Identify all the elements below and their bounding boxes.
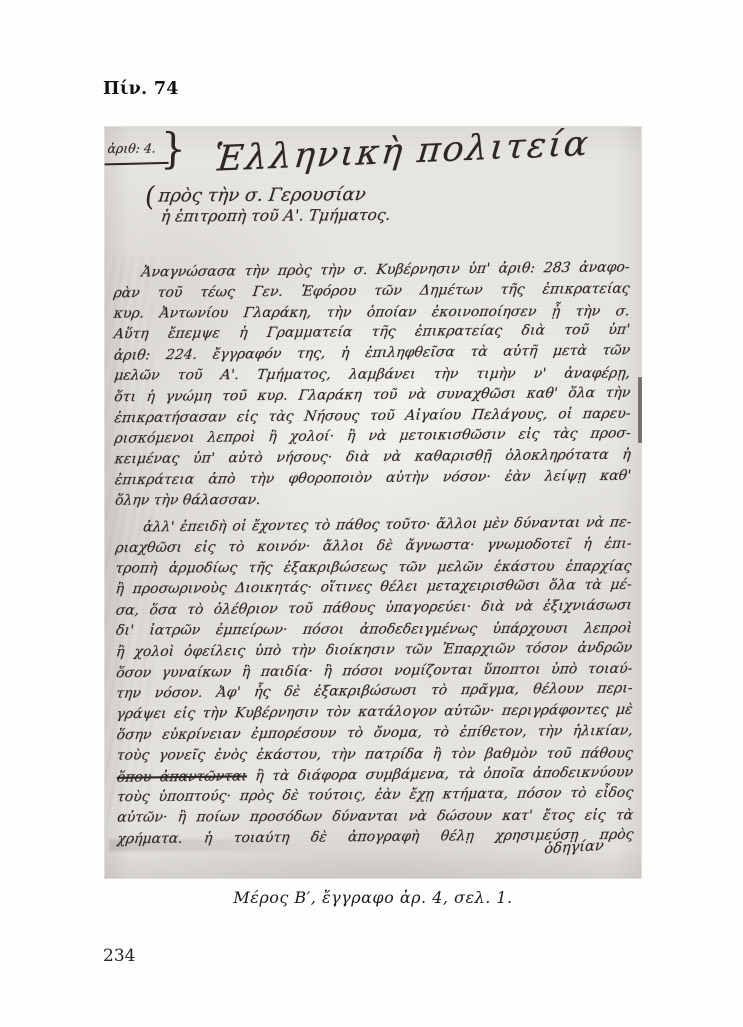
manuscript-content: ἀριθ: 4. } Ἑλληνικὴ πολιτεία (πρὸς τὴν σ…	[102, 125, 643, 880]
addressee-text: πρὸς τὴν σ. Γερουσίαν	[157, 184, 367, 206]
manuscript-sender: ἡ ἐπιτροπὴ τοῦ Α'. Τμήματος.	[160, 206, 392, 226]
manuscript-paragraph-2: ἀλλ' ἐπειδὴ οἱ ἔχοντες τὸ πάθος τοῦτο· ἄ…	[115, 513, 633, 849]
photo-caption: Μέρος Β′, ἔγγραφο ἀρ. 4, σελ. 1.	[105, 888, 641, 907]
manuscript-line: ἐπικράτεια ἀπὸ τὴν φθοροποιὸν αὐτὴν νόσο…	[114, 466, 632, 491]
struck-word: ὅπου ἀπαντῶνται	[116, 768, 248, 785]
plate-label: Πίν. 74	[103, 79, 179, 99]
page-number: 234	[103, 946, 135, 966]
manuscript-line: ὅσην εὐκρίνειαν ἐμπορέσουν τὸ ὄνομα, τὸ …	[115, 721, 633, 746]
underline-stroke	[105, 162, 169, 166]
manuscript-title: Ἑλληνικὴ πολιτεία	[212, 124, 592, 180]
manuscript-line: ρὰν τοῦ τέως Γεν. Ἐφόρου τῶν Δημέτων τῆς…	[112, 279, 630, 304]
document-number: ἀριθ: 4.	[107, 141, 157, 156]
manuscript-line: ριαχθῶσι εἰς τὸ κοινόν· ἄλλοι δὲ ἄγνωστα…	[114, 534, 632, 559]
manuscript-paragraph-1: Ἀναγνώσασα τὴν πρὸς τὴν σ. Κυβέρνησιν ὑπ…	[113, 258, 631, 511]
manuscript-closing: ὁδηγίαν	[543, 838, 604, 857]
book-page: Πίν. 74 ἀριθ: 4. } Ἑλληνικὴ πολιτεία (πρ…	[0, 0, 743, 1027]
flourish-paren: (	[143, 181, 157, 212]
brace-mark: }	[160, 125, 187, 174]
manuscript-photo: ἀριθ: 4. } Ἑλληνικὴ πολιτεία (πρὸς τὴν σ…	[105, 127, 641, 878]
manuscript-line: τοὺς ὑποπτούς· πρὸς δὲ τούτοις, ἐὰν ἔχῃ …	[116, 783, 634, 808]
manuscript-line: ὅλην τὴν θάλασσαν.	[114, 488, 632, 511]
